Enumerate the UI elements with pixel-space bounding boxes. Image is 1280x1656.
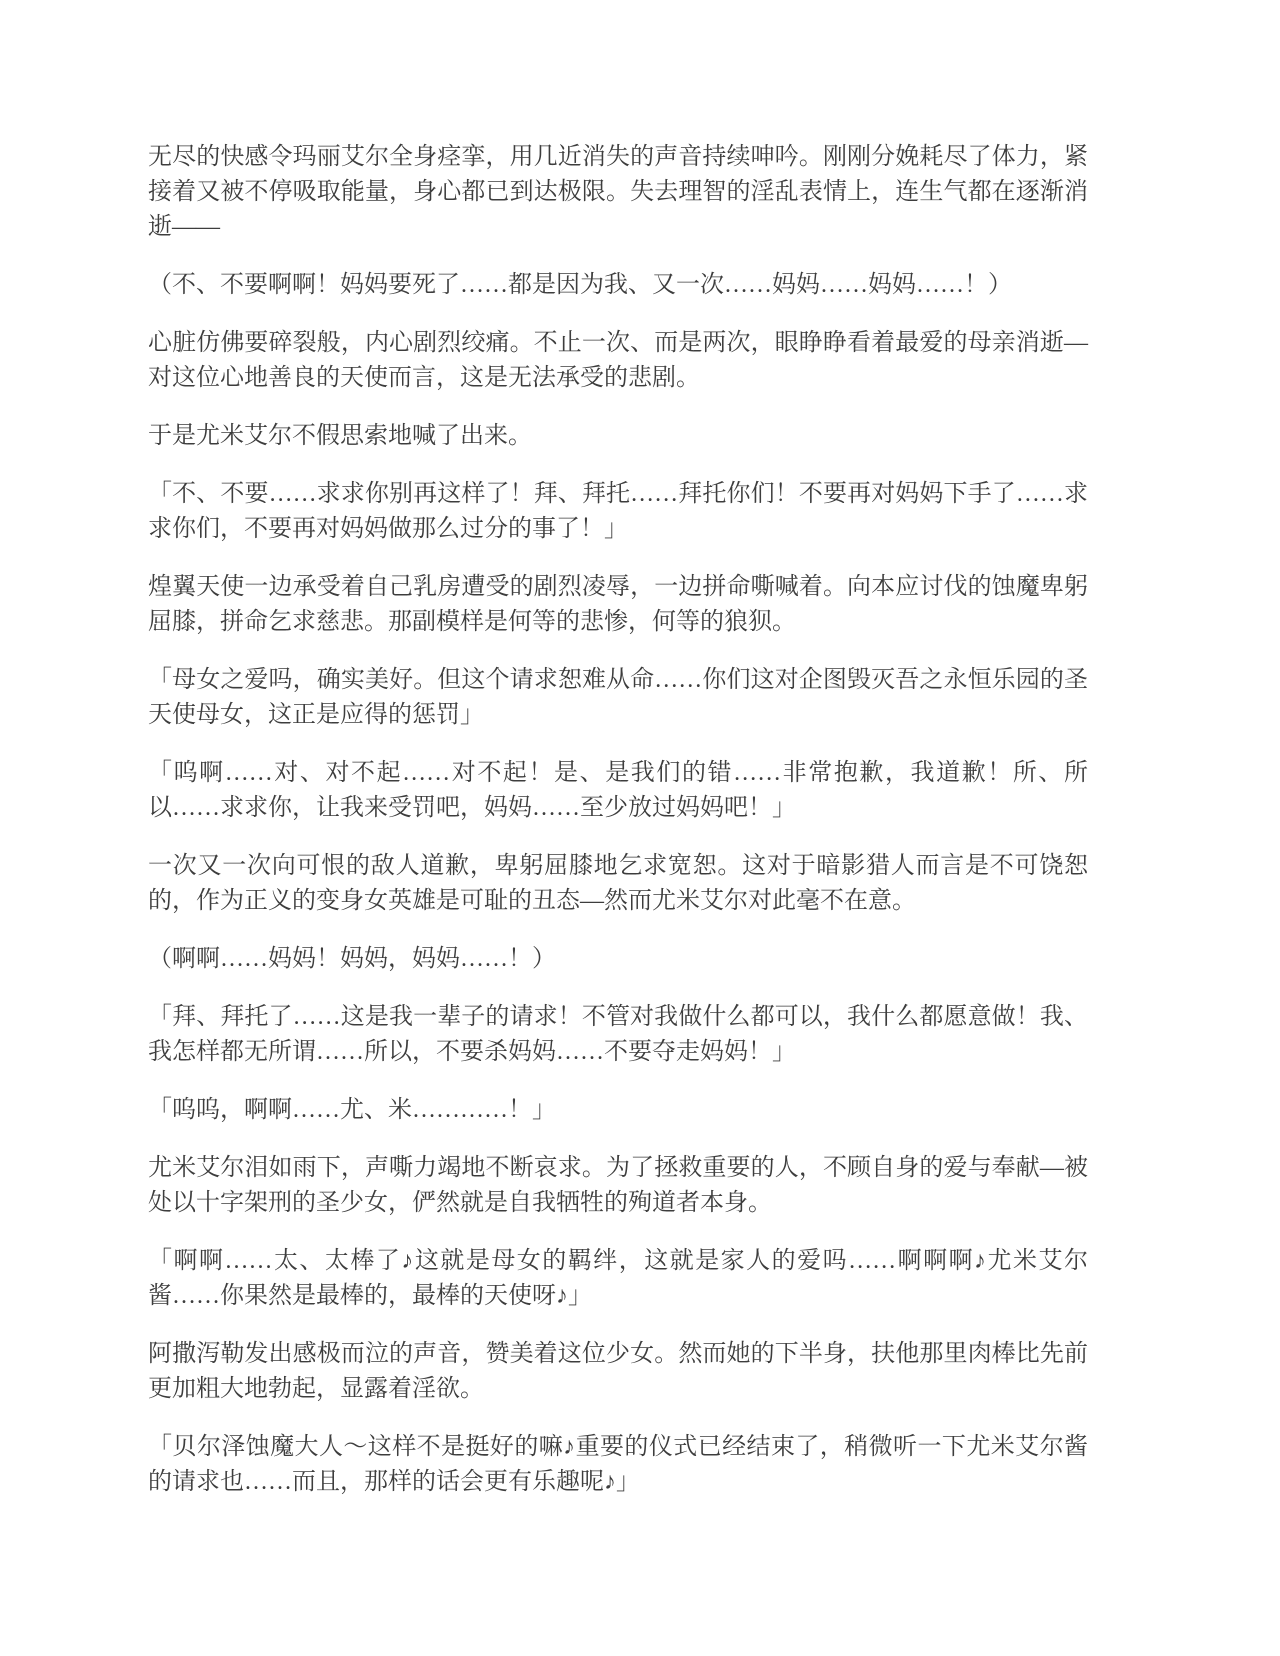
- document-page: 无尽的快感令玛丽艾尔全身痉挛，用几近消失的声音持续呻吟。刚刚分娩耗尽了体力，紧接…: [0, 0, 1280, 1656]
- paragraph: 无尽的快感令玛丽艾尔全身痉挛，用几近消失的声音持续呻吟。刚刚分娩耗尽了体力，紧接…: [148, 140, 1088, 245]
- paragraph: 阿撒泻勒发出感极而泣的声音，赞美着这位少女。然而她的下半身，扶他那里肉棒比先前更…: [148, 1337, 1088, 1407]
- paragraph: 「啊啊……太、太棒了♪这就是母女的羁绊，这就是家人的爱吗……啊啊啊♪尤米艾尔酱……: [148, 1244, 1088, 1314]
- paragraph: 心脏仿佛要碎裂般，内心剧烈绞痛。不止一次、而是两次，眼睁睁看着最爱的母亲消逝—对…: [148, 326, 1088, 396]
- paragraph: 「贝尔泽蚀魔大人～这样不是挺好的嘛♪重要的仪式已经结束了，稍微听一下尤米艾尔酱的…: [148, 1430, 1088, 1500]
- paragraph: 「母女之爱吗，确实美好。但这个请求恕难从命……你们这对企图毁灭吾之永恒乐园的圣天…: [148, 663, 1088, 733]
- text-block: 无尽的快感令玛丽艾尔全身痉挛，用几近消失的声音持续呻吟。刚刚分娩耗尽了体力，紧接…: [148, 140, 1088, 1523]
- paragraph: 「拜、拜托了……这是我一辈子的请求！不管对我做什么都可以，我什么都愿意做！我、我…: [148, 1000, 1088, 1070]
- paragraph: 于是尤米艾尔不假思索地喊了出来。: [148, 419, 1088, 454]
- paragraph: （啊啊……妈妈！妈妈，妈妈……！）: [148, 942, 1088, 977]
- paragraph: （不、不要啊啊！妈妈要死了……都是因为我、又一次……妈妈……妈妈……！）: [148, 268, 1088, 303]
- paragraph: 「不、不要……求求你别再这样了！拜、拜托……拜托你们！不要再对妈妈下手了……求求…: [148, 477, 1088, 547]
- paragraph: 「呜呜，啊啊……尤、米…………！」: [148, 1093, 1088, 1128]
- paragraph: 尤米艾尔泪如雨下，声嘶力竭地不断哀求。为了拯救重要的人，不顾自身的爱与奉献—被处…: [148, 1151, 1088, 1221]
- paragraph: 煌翼天使一边承受着自己乳房遭受的剧烈凌辱，一边拼命嘶喊着。向本应讨伐的蚀魔卑躬屈…: [148, 570, 1088, 640]
- paragraph: 一次又一次向可恨的敌人道歉，卑躬屈膝地乞求宽恕。这对于暗影猎人而言是不可饶恕的，…: [148, 849, 1088, 919]
- paragraph: 「呜啊……对、对不起……对不起！是、是我们的错……非常抱歉，我道歉！所、所以………: [148, 756, 1088, 826]
